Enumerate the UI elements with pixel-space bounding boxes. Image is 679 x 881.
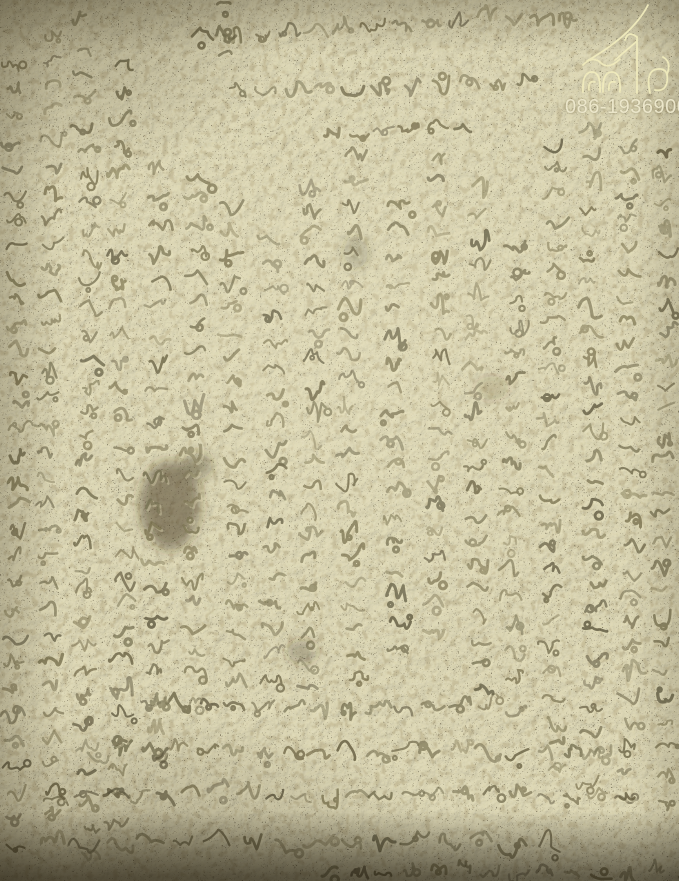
- watermark: 086-1936900: [555, 0, 679, 130]
- amulet-photo: 086-1936900: [0, 0, 679, 881]
- inscription-glyphs: [0, 0, 679, 881]
- watermark-phone: 086-1936900: [565, 96, 677, 119]
